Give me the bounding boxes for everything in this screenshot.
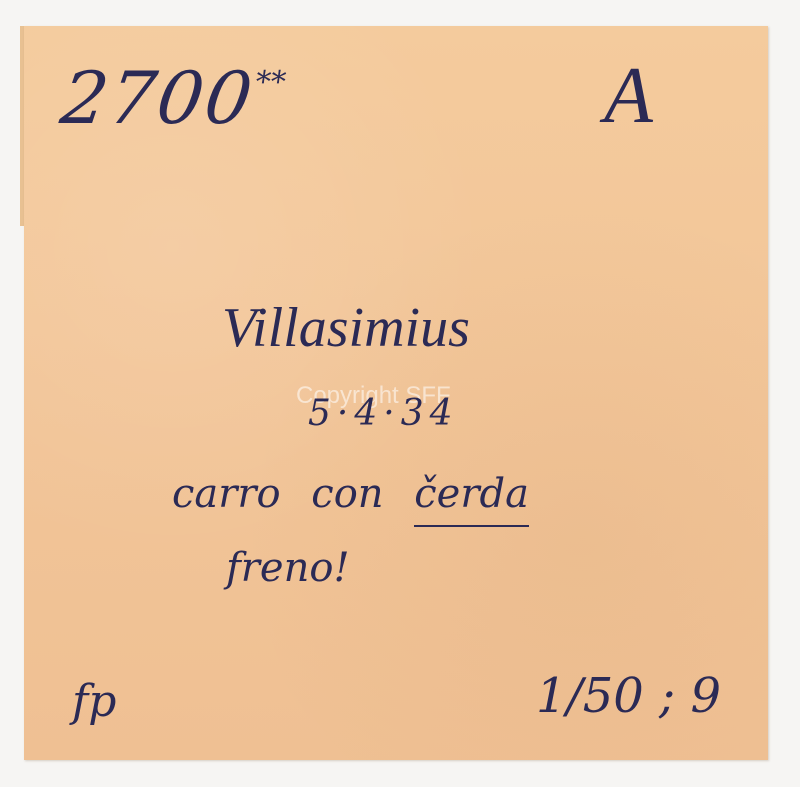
scan-background: 2700** A Villasimius Copyright SFF 5·4·3…	[0, 0, 800, 787]
initials: fp	[72, 680, 116, 724]
date: 5·4·34	[308, 396, 459, 432]
description-prefix: carro con	[172, 471, 384, 517]
description-underlined-word: čerda	[414, 471, 529, 527]
category-letter: A	[604, 56, 653, 136]
star-marks-icon: **	[253, 65, 288, 100]
place-name: Villasimius	[222, 300, 470, 356]
catalog-number-value: 2700	[56, 56, 259, 140]
note: freno!	[226, 548, 350, 588]
catalog-number: 2700**	[57, 62, 288, 134]
description: carro con čerda	[172, 474, 529, 514]
reference-code: 1/50 ; 9	[536, 672, 721, 720]
